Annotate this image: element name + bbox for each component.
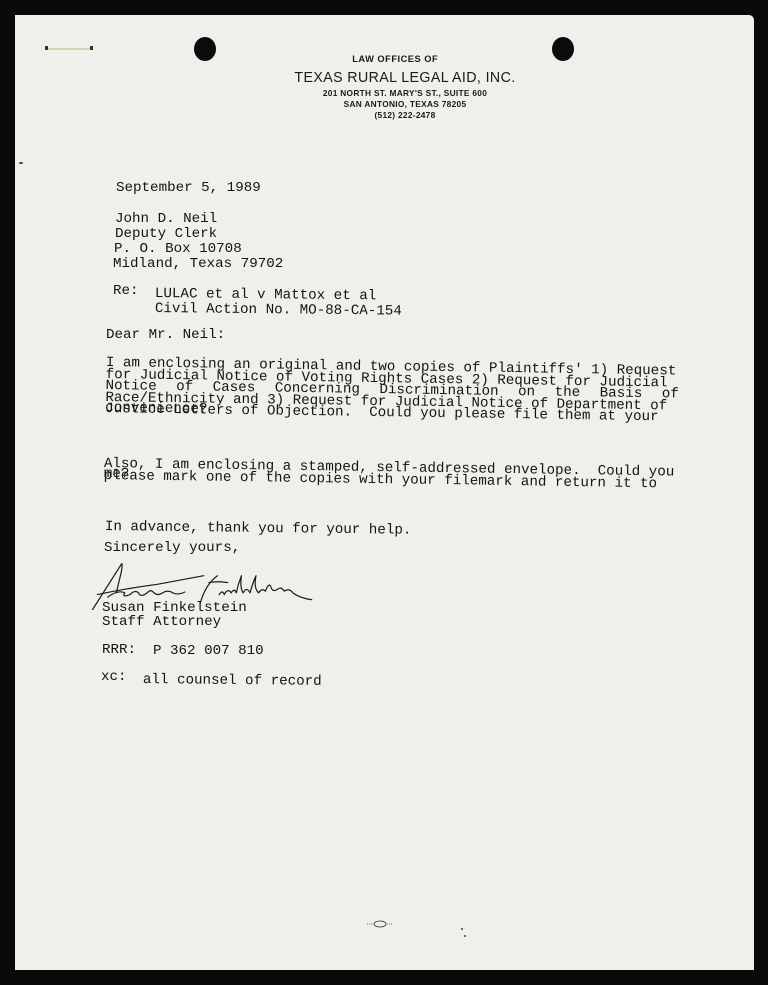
body-paragraph-2: Also, I am enclosing a stamped, self-add… (104, 457, 676, 490)
scan-speck (464, 935, 466, 937)
closing-line: In advance, thank you for your help. (105, 520, 412, 539)
rrr-value: P 362 007 810 (153, 644, 264, 659)
signer-title: Staff Attorney (102, 615, 221, 630)
recipient-address-2: Midland, Texas 79702 (113, 257, 283, 272)
recipient-name: John D. Neil (115, 212, 217, 227)
punch-hole-right (552, 37, 574, 61)
letterhead-address-2: SAN ANTONIO, TEXAS 78205 (283, 99, 528, 110)
xc-value: all counsel of record (143, 673, 322, 690)
letterhead-phone: (512) 222-2478 (283, 110, 528, 121)
union-bug-icon (366, 920, 394, 928)
re-label: Re: (113, 284, 139, 299)
staple-mark (47, 48, 91, 50)
punch-hole-left (194, 37, 216, 61)
scan-speck (19, 162, 23, 164)
letter-page: LAW OFFICES OF TEXAS RURAL LEGAL AID, IN… (15, 15, 754, 970)
recipient-address-1: P. O. Box 10708 (114, 242, 242, 257)
xc-label: xc: (101, 670, 127, 685)
re-civil-action: Civil Action No. MO-88-CA-154 (155, 302, 402, 320)
salutation: Dear Mr. Neil: (106, 328, 225, 343)
rrr-label: RRR: (102, 643, 136, 658)
body-paragraph-1: I am enclosing an original and two copie… (105, 356, 678, 423)
scan-speck (461, 928, 463, 930)
organization-name: TEXAS RURAL LEGAL AID, INC. (283, 70, 528, 86)
letterhead: LAW OFFICES OF TEXAS RURAL LEGAL AID, IN… (283, 54, 528, 121)
letter-date: September 5, 1989 (116, 181, 261, 196)
letterhead-prefix: LAW OFFICES OF (263, 54, 528, 65)
recipient-title: Deputy Clerk (115, 227, 217, 242)
letterhead-address-1: 201 NORTH ST. MARY'S ST., SUITE 600 (283, 88, 528, 99)
